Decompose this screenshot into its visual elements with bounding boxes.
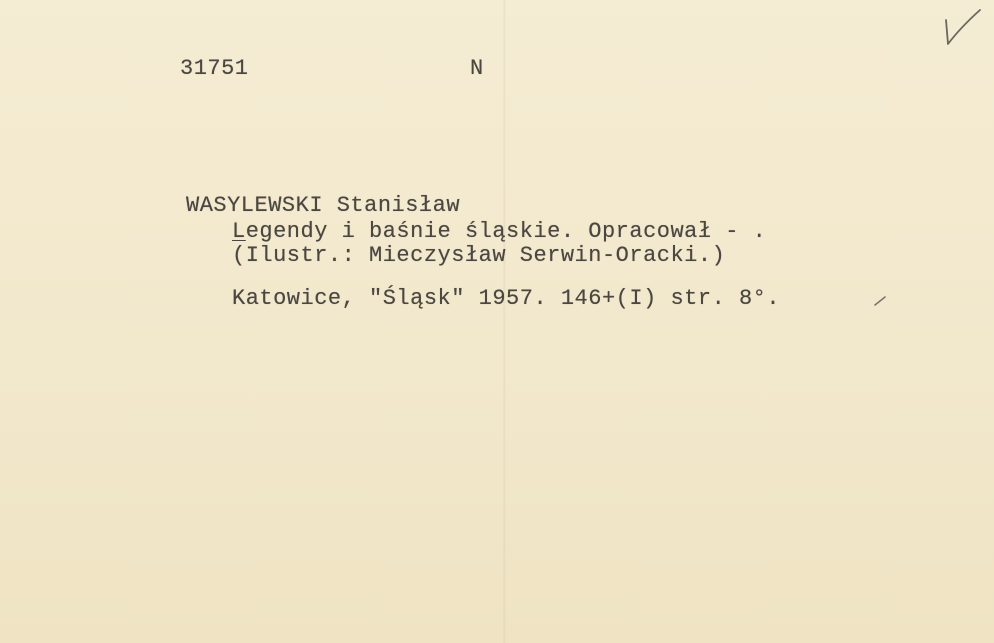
- title-first-letter: L: [232, 219, 246, 244]
- illustrator-line: (Ilustr.: Mieczysław Serwin-Oracki.): [232, 245, 725, 267]
- catalog-card: 31751 N WASYLEWSKI Stanisław Legendy i b…: [0, 0, 994, 643]
- collection-marker: N: [470, 58, 484, 80]
- pencil-tick-icon: [872, 294, 888, 308]
- author-heading: WASYLEWSKI Stanisław: [186, 195, 460, 217]
- title-line: Legendy i baśnie śląskie. Opracował - .: [232, 221, 766, 243]
- check-mark-icon: [940, 6, 984, 48]
- title-rest: egendy i baśnie śląskie. Opracował - .: [246, 219, 767, 244]
- imprint-line: Katowice, "Śląsk" 1957. 146+(I) str. 8°.: [232, 288, 780, 310]
- accession-number: 31751: [180, 58, 249, 80]
